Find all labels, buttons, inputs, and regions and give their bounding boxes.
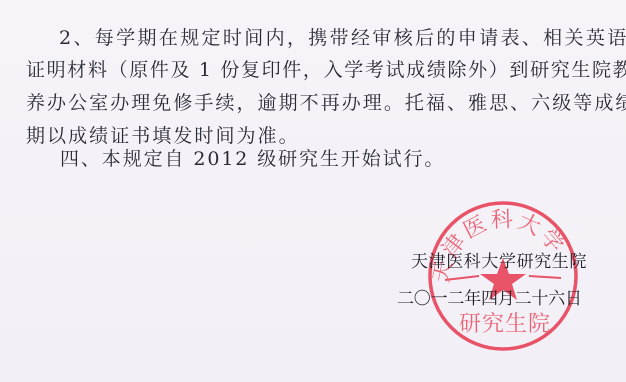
- issue-date: 二〇一二年四月二十六日: [397, 284, 582, 309]
- paragraph-line-3: 养办公室办理免修手续，逾期不再办理。托福、雅思、六级等成绩的有效: [26, 92, 626, 114]
- stamp-bottom-text: 研究生院: [459, 312, 551, 337]
- official-seal-stamp: 天津医科大学 研究生院: [425, 198, 581, 354]
- paragraph-line-1: 2、每学期在规定时间内，携带经审核后的申请表、相关英语水平成绩: [59, 27, 626, 49]
- paragraph-line-4: 期以成绩证书填发时间为准。: [26, 125, 300, 147]
- issuer-signature: 天津医科大学研究生院: [411, 247, 587, 272]
- paragraph-line-2: 证明材料（原件及 1 份复印件，入学考试成绩除外）到研究生院教学与培: [26, 59, 626, 81]
- document-page: 2、每学期在规定时间内，携带经审核后的申请表、相关英语水平成绩 证明材料（原件及…: [0, 0, 626, 382]
- paragraph-line-5: 四、本规定自 2012 级研究生开始试行。: [60, 148, 445, 170]
